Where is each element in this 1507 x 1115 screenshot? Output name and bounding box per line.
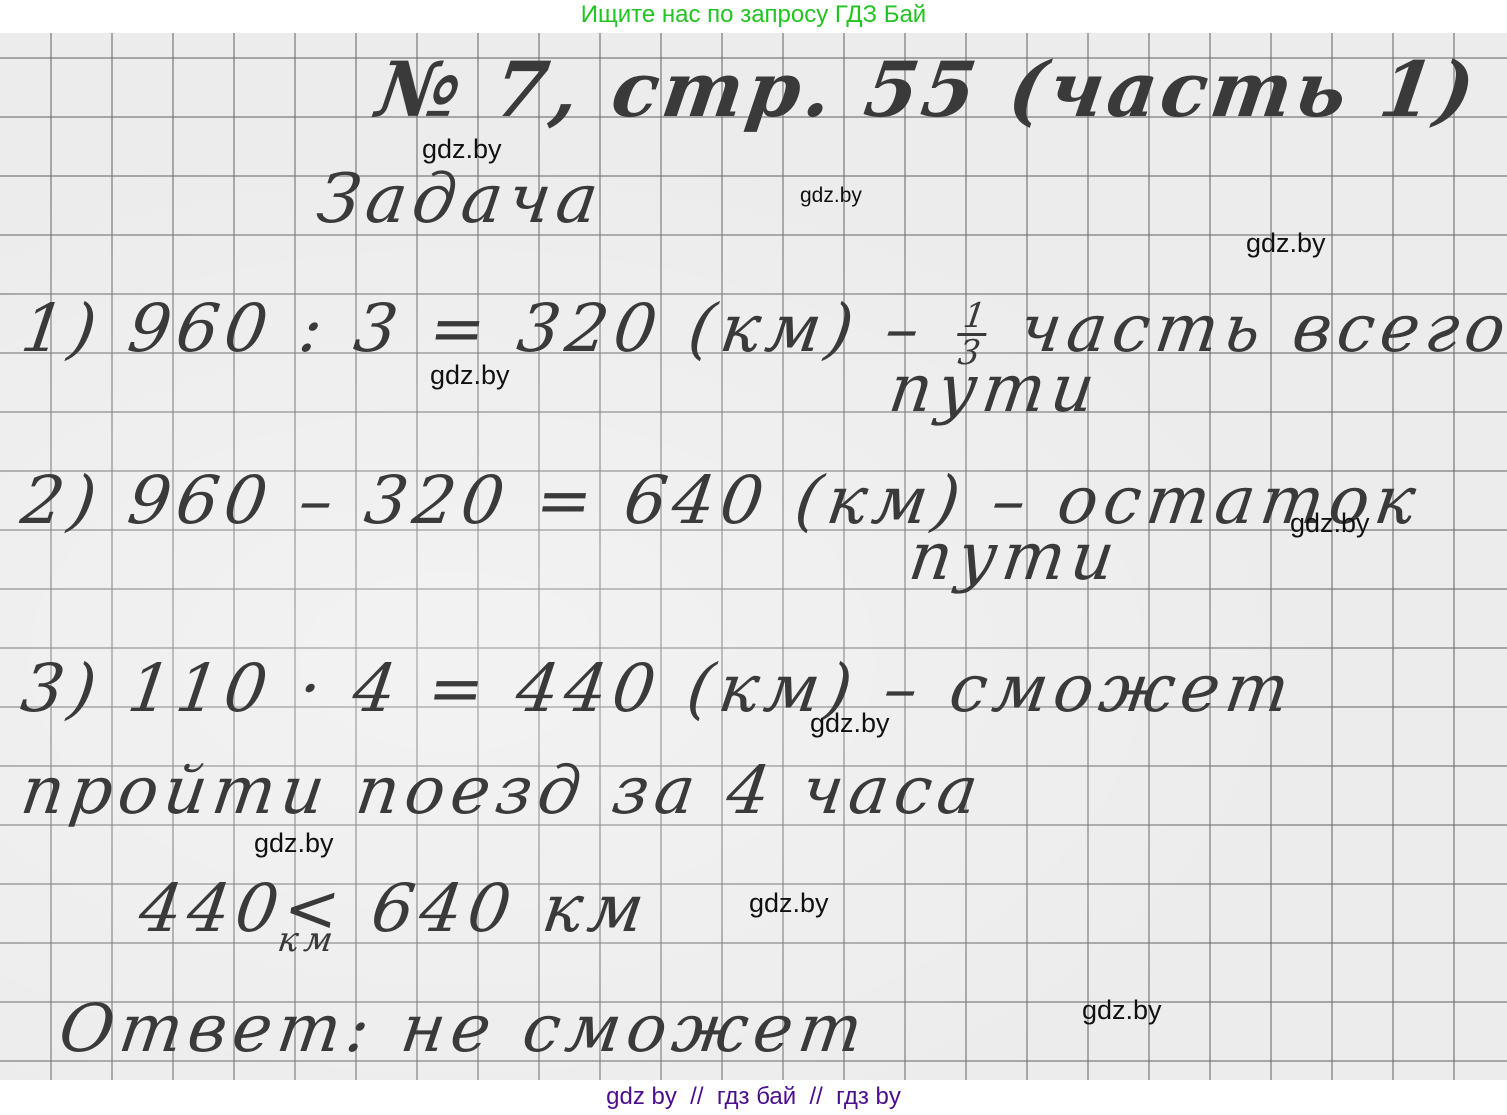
- top-banner: Ищите нас по запросу ГДЗ Бай: [0, 0, 1507, 33]
- bottom-banner: gdz by // гдз бай // гдз by: [0, 1080, 1507, 1115]
- step-3-continuation: пройти поезд за 4 часа: [17, 752, 989, 829]
- watermark: gdz.by: [1290, 508, 1370, 539]
- step-expression: 960 – 320 = 640 (км): [123, 462, 971, 539]
- step-2: 2) 960 – 320 = 640 (км) – остаток: [17, 462, 1427, 539]
- problem-heading: Задача: [312, 160, 608, 239]
- watermark: gdz.by: [810, 708, 890, 739]
- fraction-numerator: 1: [957, 299, 992, 336]
- watermark: gdz.by: [749, 888, 829, 919]
- step-1: 1) 960 : 3 = 320 (км) – 1 3 часть всего: [16, 290, 1507, 370]
- comparison-left-unit: км: [275, 920, 341, 960]
- search-hint-text: Ищите нас по запросу ГДЗ Бай: [581, 1, 926, 28]
- watermark: gdz.by: [800, 184, 862, 208]
- step-comment: сможет: [945, 650, 1300, 727]
- step-expression: 110 · 4 = 440 (км): [123, 650, 863, 727]
- step-1-continuation: пути: [885, 350, 1106, 427]
- watermark: gdz.by: [1082, 995, 1162, 1026]
- watermark: gdz.by: [430, 360, 510, 391]
- site-links-text: gdz by // гдз бай // гдз by: [606, 1083, 901, 1110]
- step-label: 1): [17, 290, 108, 367]
- watermark: gdz.by: [1246, 228, 1326, 259]
- step-2-continuation: пути: [905, 518, 1126, 595]
- answer: Ответ: не сможет: [55, 990, 873, 1067]
- step-expression: 960 : 3 = 320 (км): [123, 290, 864, 367]
- comparison-left: 440: [135, 870, 290, 947]
- comparison-right: 640 км: [367, 870, 655, 947]
- comparison: 440< 640 км: [135, 870, 655, 947]
- step-3: 3) 110 · 4 = 440 (км) – сможет: [17, 650, 1300, 727]
- watermark: gdz.by: [254, 828, 334, 859]
- step-label: 2): [17, 462, 108, 539]
- exercise-title: № 7, стр. 55 (часть 1): [372, 45, 1484, 134]
- step-label: 3): [17, 650, 108, 727]
- watermark: gdz.by: [422, 134, 502, 165]
